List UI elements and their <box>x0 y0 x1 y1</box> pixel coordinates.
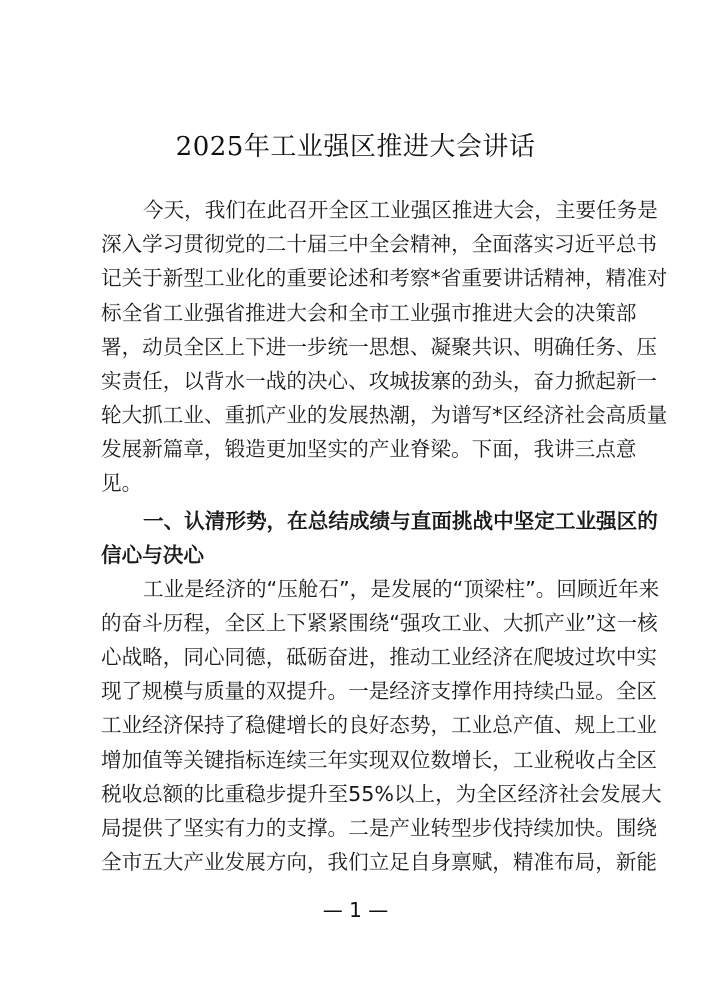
document-title: 2025年工业强区推进大会讲话 <box>0 126 711 163</box>
paragraph-line: 现了规模与质量的双提升。一是经济支撑作用持续凸显。全区 <box>101 674 621 708</box>
paragraph-line: 税收总额的比重稳步提升至55%以上，为全区经济社会发展大 <box>101 777 621 811</box>
paragraph-line: 今天，我们在此召开全区工业强区推进大会，主要任务是 <box>143 193 621 227</box>
paragraph-line: 发展新篇章，锻造更加坚实的产业脊梁。下面，我讲三点意 <box>101 432 621 466</box>
paragraph-line: 的奋斗历程，全区上下紧紧围绕“强攻工业、大抓产业”这一核 <box>101 606 621 640</box>
paragraph-line: 实责任，以背水一战的决心、攻城拔寨的劲头，奋力掀起新一 <box>101 364 621 398</box>
paragraph-line: 深入学习贯彻党的二十届三中全会精神，全面落实习近平总书 <box>101 227 621 261</box>
paragraph-line: 记关于新型工业化的重要论述和考察*省重要讲话精神，精准对 <box>101 261 621 295</box>
paragraph-line: 轮大抓工业、重抓产业的发展热潮，为谱写*区经济社会高质量 <box>101 398 621 432</box>
page-number: — 1 — <box>0 898 711 922</box>
paragraph-line: 工业是经济的“压舱石”，是发展的“顶梁柱”。回顾近年来 <box>143 572 621 606</box>
paragraph-line: 见。 <box>101 466 621 500</box>
paragraph-line: 全市五大产业发展方向，我们立足自身禀赋，精准布局，新能 <box>101 845 621 879</box>
paragraph-line: 标全省工业强省推进大会和全市工业强市推进大会的决策部 <box>101 296 621 330</box>
paragraph-line: 署，动员全区上下进一步统一思想、凝聚共识、明确任务、压 <box>101 330 621 364</box>
paragraph-line: 局提供了坚实有力的支撑。二是产业转型步伐持续加快。围绕 <box>101 811 621 845</box>
paragraph-line: 增加值等关键指标连续三年实现双位数增长，工业税收占全区 <box>101 743 621 777</box>
section-heading: 一、认清形势，在总结成绩与直面挑战中坚定工业强区的 <box>143 504 621 538</box>
paragraph-line: 工业经济保持了稳健增长的良好态势，工业总产值、规上工业 <box>101 708 621 742</box>
section-heading: 信心与决心 <box>101 538 621 572</box>
paragraph-line: 心战略，同心同德，砥砺奋进，推动工业经济在爬坡过坎中实 <box>101 640 621 674</box>
document-page: 2025年工业强区推进大会讲话 今天，我们在此召开全区工业强区推进大会，主要任务… <box>0 0 711 1006</box>
